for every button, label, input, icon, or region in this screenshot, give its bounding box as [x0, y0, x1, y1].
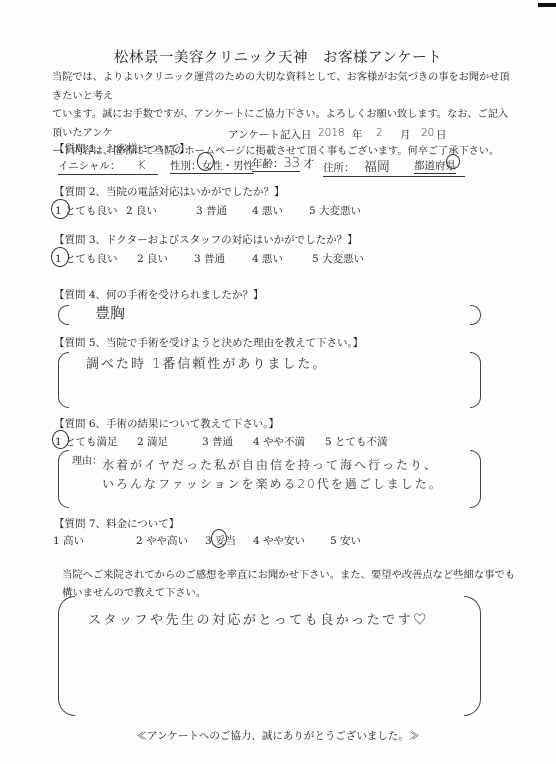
comments-prompt-line: 構いませんので教えて下さい。 — [62, 584, 515, 602]
q5-answer[interactable]: 調べた時 1番信頼性がありました。 — [86, 353, 327, 372]
q4-answer[interactable]: 豊胸 — [95, 302, 125, 323]
comments-prompt-line: 当院へご来院されてからのご感想を率直にお聞かせ下さい。また、要望や改善点など些細… — [62, 566, 515, 584]
q6-selected-circle — [52, 430, 69, 449]
q7-option-2[interactable]: 2 やや高い — [136, 533, 188, 548]
q3-option-2[interactable]: 2 良い — [137, 251, 168, 266]
q7-option-1[interactable]: 1 高い — [53, 533, 84, 548]
date-label: アンケート記入日 — [228, 127, 311, 142]
q6-bracket-left — [58, 450, 69, 508]
date-month[interactable]: 2 — [376, 127, 383, 139]
date-year-unit: 年 — [352, 127, 363, 142]
q4-heading: 【質問 4、何の手術を受けられましたか？】 — [54, 287, 264, 302]
prefecture-selected-circle — [446, 154, 460, 169]
q3-selected-circle — [51, 247, 69, 267]
q5-bracket-right — [470, 352, 481, 408]
date-day[interactable]: 20 — [421, 127, 434, 139]
age-unit: 才 — [303, 158, 314, 170]
q3-options: 1 とても良い 2 良い 3 普通 4 悪い 5 大変悪い — [52, 251, 452, 267]
comments-bracket-right — [464, 596, 481, 716]
q2-selected-circle — [51, 199, 70, 219]
age-field[interactable]: 年齢：33 才 — [252, 156, 314, 171]
address-value[interactable]: 福岡 — [364, 160, 390, 175]
q3-heading: 【質問 3、ドクターおよびスタッフの対応はいかがでしたか？】 — [54, 232, 358, 247]
date-month-unit: 月 — [400, 127, 411, 142]
initial-label: イニシャル： — [58, 160, 120, 172]
age-value[interactable]: 33 — [284, 156, 301, 171]
date-day-unit: 日 — [436, 127, 447, 142]
q6-option-3[interactable]: 3 普通 — [202, 434, 233, 449]
q2-option-2[interactable]: 2 良い — [126, 203, 157, 218]
q3-option-3[interactable]: 3 普通 — [194, 251, 225, 266]
q2-heading: 【質問 2、当院の電話対応はいかがでしたか？】 — [54, 184, 285, 199]
q7-heading: 【質問 7、料金について】 — [54, 516, 179, 531]
initial-field[interactable]: イニシャル： K — [58, 158, 158, 175]
q2-option-5[interactable]: 5 大変悪い — [309, 203, 361, 218]
age-label: 年齢： — [252, 158, 284, 170]
q5-bracket-left — [58, 352, 69, 408]
q1-heading: 【質問 1、お客様について】 — [54, 141, 190, 156]
comments-prompt: 当院へご来院されてからのご感想を率直にお聞かせ下さい。また、要望や改善点など些細… — [62, 566, 515, 602]
q7-selected-circle — [211, 529, 227, 548]
q5-heading: 【質問 5、当院で手術を受けようと決めた理由を教えて下さい。】 — [54, 335, 363, 350]
form-title: 松林景一美容クリニック天神 お客様アンケート — [0, 46, 556, 67]
q6-bracket-right — [470, 450, 481, 508]
q6-options: 1 とても満足 2 満足 3 普通 4 やや不満 5 とても不満 — [52, 434, 452, 450]
q3-option-4[interactable]: 4 悪い — [252, 251, 283, 266]
q3-option-5[interactable]: 5 大変悪い — [312, 251, 364, 266]
initial-value[interactable]: K — [138, 158, 146, 172]
q6-option-4[interactable]: 4 やや不満 — [253, 434, 305, 449]
q2-options: 1 とても良い 2 良い 3 普通 4 悪い 5 大変悪い — [52, 203, 452, 219]
q7-options: 1 高い 2 やや高い 3 妥当 4 やや安い 5 安い — [50, 533, 450, 549]
gender-option-male[interactable]: 男性 — [233, 160, 254, 172]
q6-option-5[interactable]: 5 とても不満 — [325, 434, 388, 449]
intro-line: 当院では、よりよいクリニック運営のための大切な資料として、お客様がお気づきの事を… — [52, 69, 512, 106]
q6-reason-line: いろんなファッションを楽める20代を過ごしました。 — [102, 475, 443, 494]
q6-option-2[interactable]: 2 満足 — [137, 434, 168, 449]
gender-selected-circle — [197, 152, 214, 171]
q2-option-4[interactable]: 4 悪い — [252, 203, 283, 218]
q6-reason-line: 水着がイヤだった私が自由信を持って海へ行ったり、 — [102, 456, 443, 475]
scan-corner-mark — [538, 3, 556, 7]
address-label: 住所： — [323, 162, 355, 174]
q6-reason-label: 理由： — [72, 452, 102, 467]
footer-thanks: ≪アンケートへのご協力、誠にありがとうございました。≫ — [0, 728, 556, 743]
gender-separator: ・ — [223, 160, 234, 172]
comments-bracket-left — [58, 596, 75, 716]
q4-bracket-right — [470, 305, 481, 325]
q7-option-4[interactable]: 4 やや安い — [253, 533, 305, 548]
q4-bracket-left — [58, 305, 69, 325]
q6-heading: 【質問 6、手術の結果について教えて下さい。】 — [54, 416, 279, 431]
q6-reason-answer[interactable]: 水着がイヤだった私が自由信を持って海へ行ったり、 いろんなファッションを楽める2… — [102, 456, 443, 494]
comments-answer[interactable]: スタッフや先生の対応がとっても良かったです♡ — [88, 609, 429, 628]
date-year[interactable]: 2018 — [318, 127, 345, 139]
q2-option-3[interactable]: 3 普通 — [196, 203, 227, 218]
q7-option-5[interactable]: 5 安い — [330, 533, 361, 548]
